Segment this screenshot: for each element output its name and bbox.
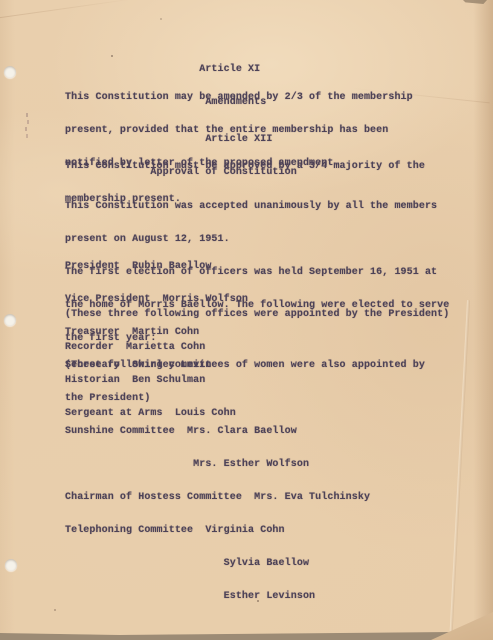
paper-crease: [0, 0, 139, 19]
committee-line: Esther Levinson: [65, 591, 425, 602]
text-line: (These three following offices were appo…: [65, 309, 449, 320]
punch-hole: [4, 314, 16, 326]
committee-line: Chairman of Hostess Committee Mrs. Eva T…: [65, 492, 425, 503]
committees-list: (These following committees of women wer…: [65, 338, 425, 624]
paper-crease: [449, 300, 470, 640]
punch-hole: [4, 66, 16, 78]
text-line: This Constitution may be amended by 2/3 …: [65, 92, 413, 103]
committee-line: Telephoning Committee Virginia Cohn: [65, 525, 425, 536]
ink-speck: [111, 55, 113, 57]
committee-line: Mrs. Esther Wolfson: [65, 459, 425, 470]
ink-speck: [54, 609, 56, 611]
text-line: This Constitution must be approved by a …: [65, 161, 425, 172]
punch-hole: [5, 559, 17, 571]
ink-speck: [257, 600, 259, 602]
officer-line: President Rubin Baellow: [65, 261, 248, 272]
text-line: This Constitution was accepted unanimous…: [65, 201, 449, 212]
text-line: the President): [65, 393, 425, 404]
document-page: Article XI Amendments This Constitution …: [0, 0, 493, 640]
committee-line: Sylvia Baellow: [65, 558, 425, 569]
committee-line: Sunshine Committee Mrs. Clara Baellow: [65, 426, 425, 437]
ink-speck: [160, 18, 162, 20]
pencil-marks: [26, 113, 28, 117]
text-line: (These following committees of women wer…: [65, 360, 425, 371]
